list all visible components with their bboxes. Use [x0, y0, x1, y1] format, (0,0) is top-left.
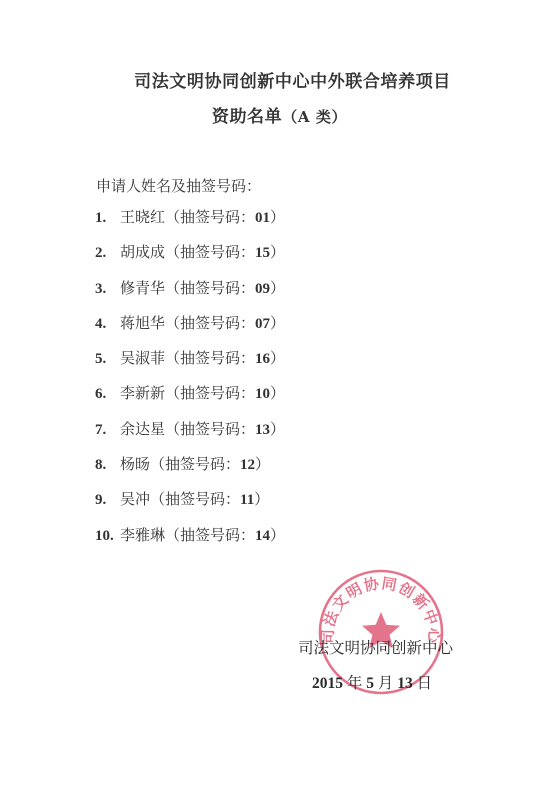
- list-item: 6.李新新（抽签号码：10）: [95, 383, 285, 418]
- subtitle-main: 资助名单: [212, 107, 282, 127]
- list-item: 3.修青华（抽签号码：09）: [95, 278, 285, 313]
- lot-number: 01: [255, 210, 270, 226]
- signature-date: 2015 年 5 月 13 日: [312, 671, 432, 693]
- lot-prefix: （抽签号码：: [165, 279, 255, 297]
- list-item: 10.李雅琳（抽签号码：14）: [95, 525, 285, 560]
- applicant-name: 李雅琳: [120, 526, 165, 544]
- date-day: 13: [397, 675, 413, 692]
- lot-prefix: （抽签号码：: [165, 420, 255, 438]
- date-month: 5: [366, 675, 374, 692]
- lot-suffix: ）: [254, 490, 269, 508]
- list-heading: 申请人姓名及抽签号码：: [96, 175, 261, 196]
- lot-prefix: （抽签号码：: [165, 349, 255, 367]
- applicant-name: 王晓红: [120, 208, 165, 226]
- lot-suffix: ）: [270, 420, 285, 438]
- applicant-name: 蒋旭华: [120, 314, 165, 332]
- applicant-name: 吴淑菲: [120, 349, 165, 367]
- lot-prefix: （抽签号码：: [150, 455, 240, 473]
- item-number: 9.: [95, 490, 120, 510]
- applicant-name: 李新新: [120, 384, 165, 402]
- list-item: 4.蒋旭华（抽签号码：07）: [95, 313, 285, 348]
- list-item: 2.胡成成（抽签号码：15）: [95, 242, 285, 277]
- list-item: 1.王晓红（抽签号码：01）: [95, 207, 285, 242]
- date-day-unit: 日: [417, 674, 433, 692]
- lot-number: 09: [255, 281, 270, 297]
- lot-suffix: ）: [270, 279, 285, 297]
- document-subtitle: 资助名单（A 类）: [0, 102, 559, 127]
- lot-prefix: （抽签号码：: [150, 490, 240, 508]
- list-item: 9.吴冲（抽签号码：11）: [95, 489, 285, 524]
- lot-number: 14: [255, 528, 270, 544]
- lot-prefix: （抽签号码：: [165, 243, 255, 261]
- date-month-unit: 月: [378, 674, 394, 692]
- list-item: 5.吴淑菲（抽签号码：16）: [95, 348, 285, 383]
- document-page: 司法文明协同创新中心中外联合培养项目 资助名单（A 类） 申请人姓名及抽签号码：…: [0, 0, 559, 791]
- lot-suffix: ）: [270, 314, 285, 332]
- list-item: 7.余达星（抽签号码：13）: [95, 419, 285, 454]
- applicant-name: 杨旸: [120, 455, 150, 473]
- lot-prefix: （抽签号码：: [165, 384, 255, 402]
- item-number: 2.: [95, 243, 120, 263]
- lot-number: 13: [255, 422, 270, 438]
- applicant-name: 余达星: [120, 420, 165, 438]
- item-number: 7.: [95, 420, 120, 440]
- lot-number: 11: [240, 492, 254, 508]
- lot-suffix: ）: [255, 455, 270, 473]
- lot-number: 10: [255, 386, 270, 402]
- lot-suffix: ）: [270, 208, 285, 226]
- applicant-name: 胡成成: [120, 243, 165, 261]
- item-number: 3.: [95, 279, 120, 299]
- applicant-list: 1.王晓红（抽签号码：01）2.胡成成（抽签号码：15）3.修青华（抽签号码：0…: [95, 207, 285, 560]
- item-number: 5.: [95, 349, 120, 369]
- document-title: 司法文明协同创新中心中外联合培养项目: [13, 67, 559, 92]
- lot-number: 15: [255, 245, 270, 261]
- lot-number: 16: [255, 351, 270, 367]
- lot-prefix: （抽签号码：: [165, 314, 255, 332]
- item-number: 4.: [95, 314, 120, 334]
- lot-prefix: （抽签号码：: [165, 208, 255, 226]
- lot-suffix: ）: [270, 384, 285, 402]
- lot-suffix: ）: [270, 526, 285, 544]
- date-year: 2015: [312, 675, 343, 692]
- lot-prefix: （抽签号码：: [165, 526, 255, 544]
- lot-number: 12: [240, 457, 255, 473]
- lot-suffix: ）: [270, 349, 285, 367]
- lot-suffix: ）: [270, 243, 285, 261]
- applicant-name: 修青华: [120, 279, 165, 297]
- signature-organization: 司法文明协同创新中心: [298, 636, 453, 658]
- item-number: 1.: [95, 208, 120, 228]
- item-number: 10.: [95, 526, 120, 546]
- subtitle-category: （A 类）: [282, 108, 347, 126]
- applicant-name: 吴冲: [120, 490, 150, 508]
- item-number: 8.: [95, 455, 120, 475]
- list-item: 8.杨旸（抽签号码：12）: [95, 454, 285, 489]
- item-number: 6.: [95, 384, 120, 404]
- date-year-unit: 年: [347, 674, 363, 692]
- lot-number: 07: [255, 316, 270, 332]
